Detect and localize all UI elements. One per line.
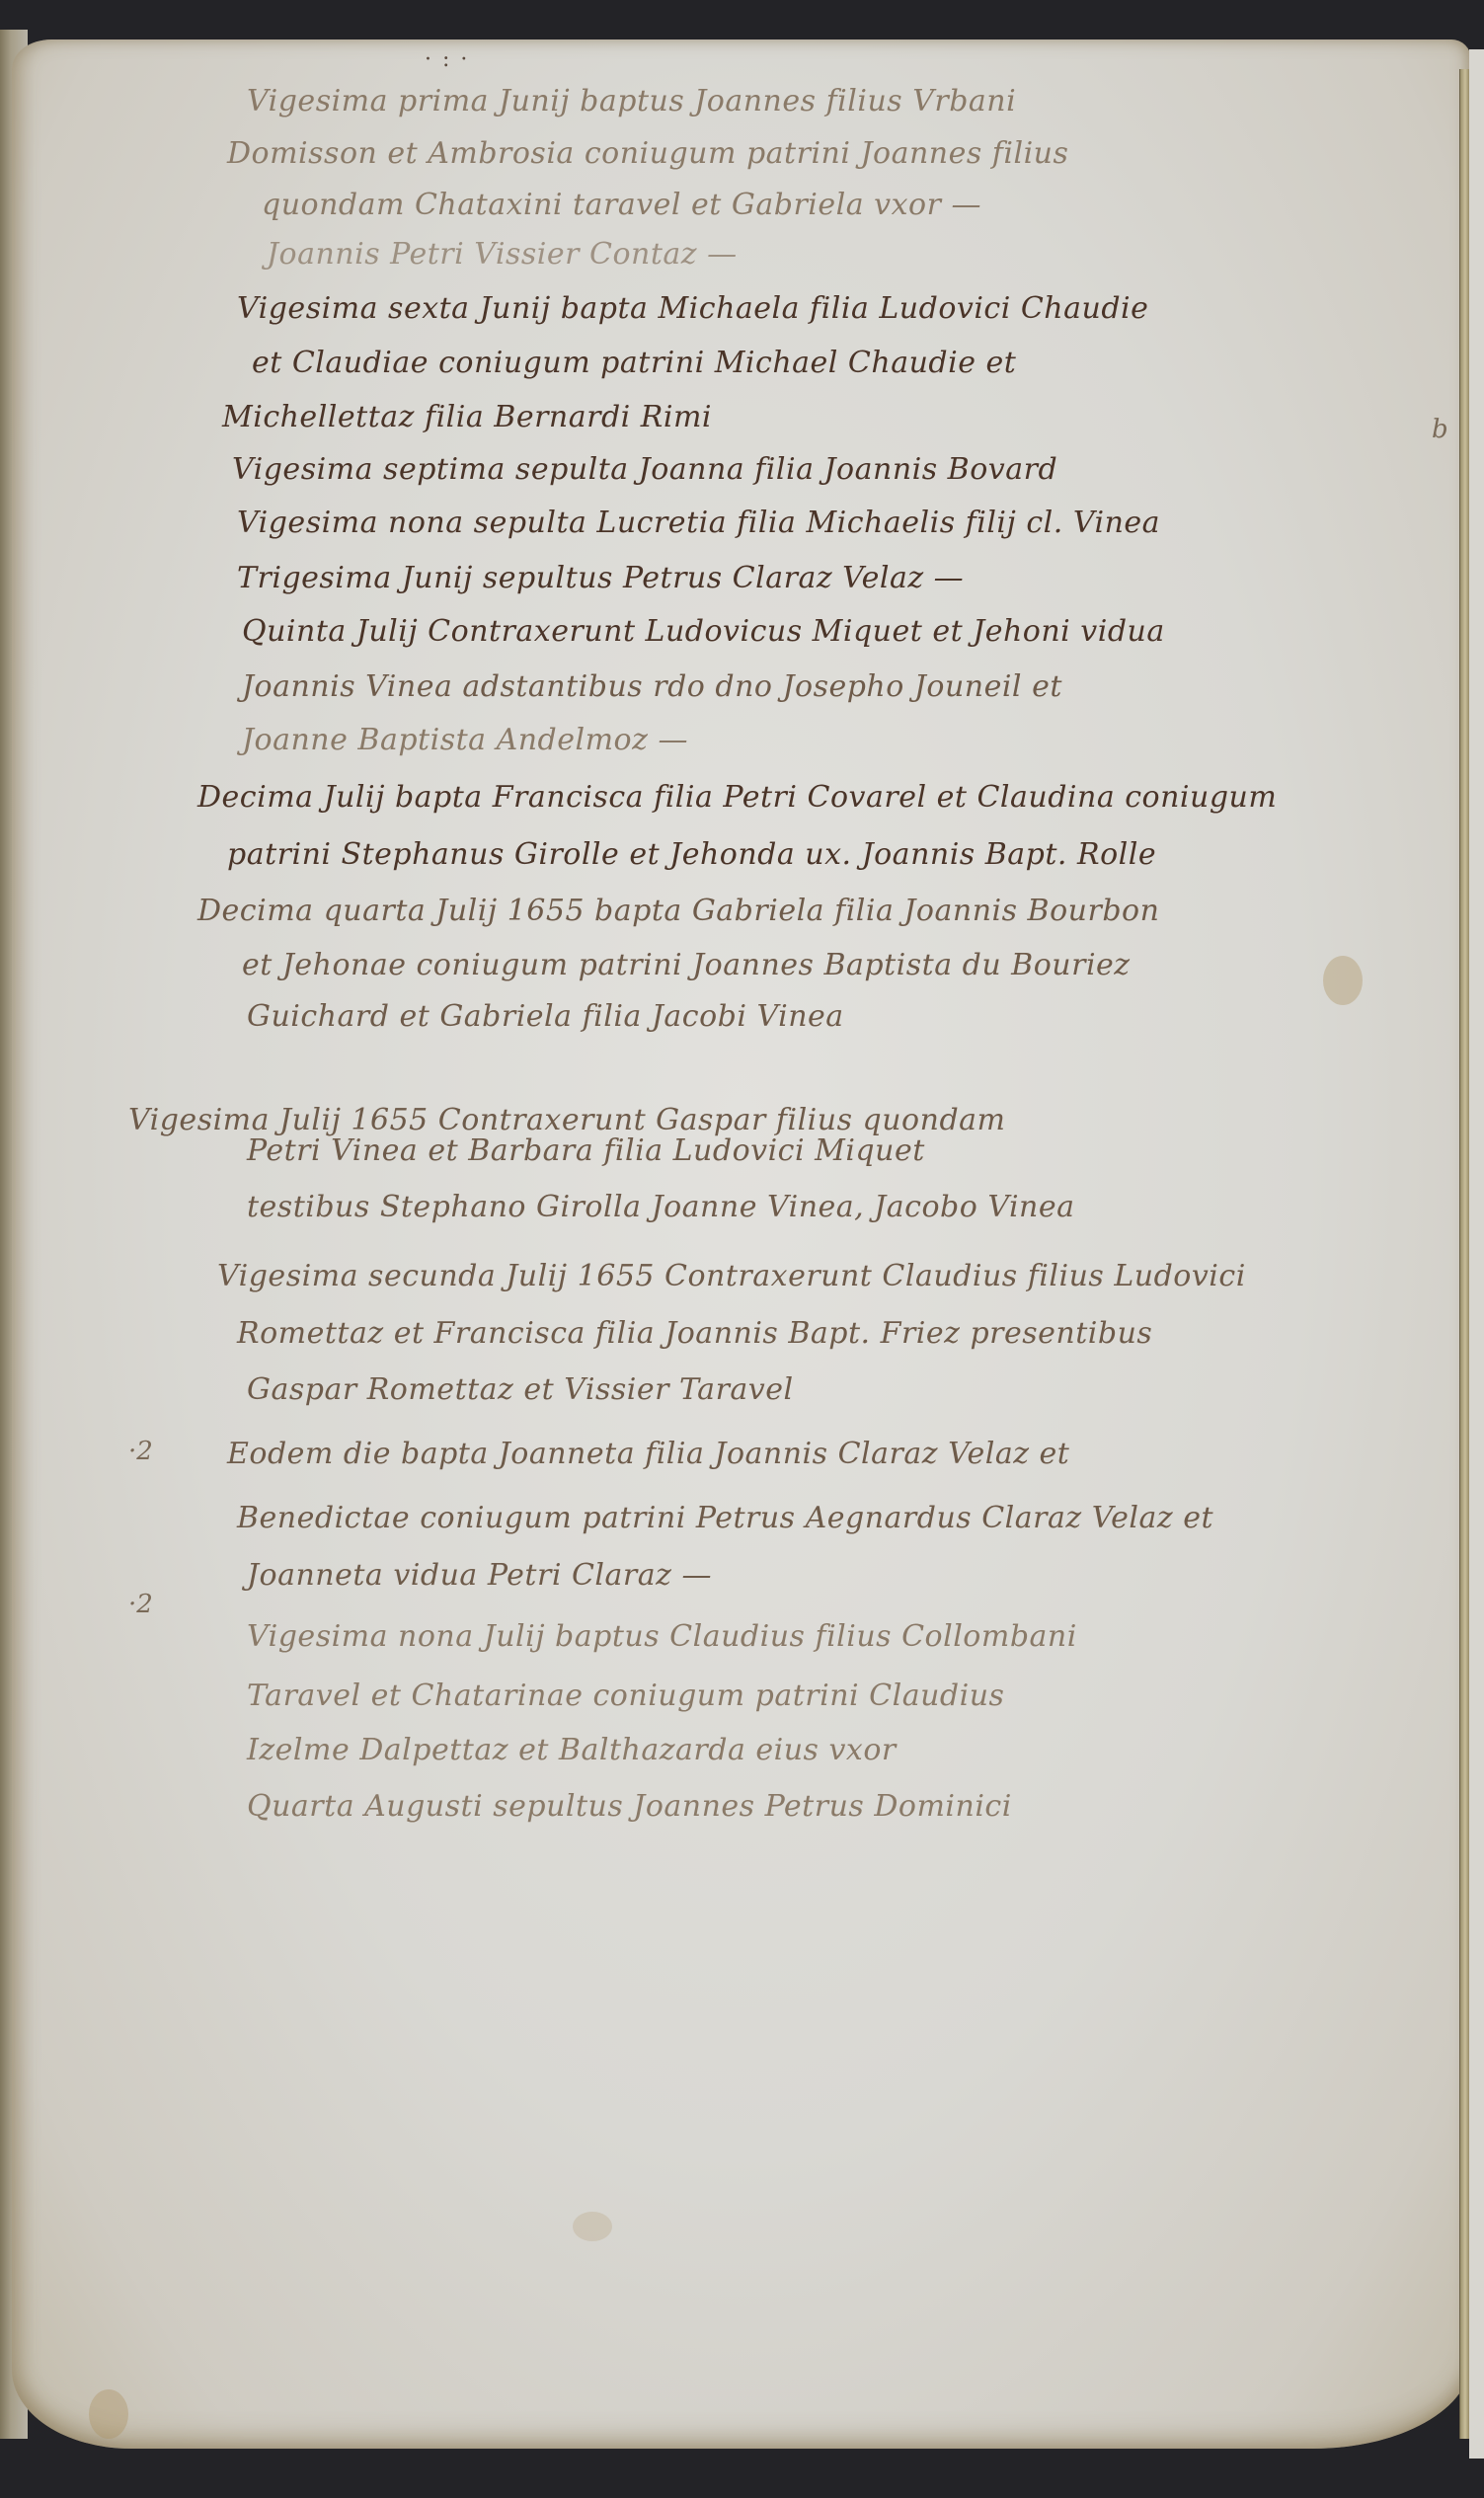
margin-note: ·2 <box>128 1437 153 1466</box>
entry-line: Decima Julij bapta Francisca filia Petri… <box>197 780 1277 815</box>
entry-line: et Claudiae coniugum patrini Michael Cha… <box>252 346 1016 380</box>
entry-line: Michellettaz filia Bernardi Rimi <box>222 400 712 434</box>
entry-line: Joannis Vinea adstantibus rdo dno Joseph… <box>242 669 1062 704</box>
entry-line: Izelme Dalpettaz et Balthazarda eius vxo… <box>247 1733 897 1767</box>
entry-text: Vigesima Julij 1655 Contraxerunt Gaspar … <box>128 1103 1005 1137</box>
entry-line: et Jehonae coniugum patrini Joannes Bapt… <box>242 948 1131 982</box>
entry-line: Vigesima secunda Julij 1655 Contraxerunt… <box>217 1259 1246 1293</box>
entry-line: Taravel et Chatarinae coniugum patrini C… <box>247 1678 1004 1713</box>
entry-line: Vigesima sexta Junij bapta Michaela fili… <box>237 291 1148 326</box>
paper-stain <box>573 2212 612 2241</box>
entry-line: Decima quarta Julij 1655 bapta Gabriela … <box>197 894 1159 928</box>
entry-line: Quarta Augusti sepultus Joannes Petrus D… <box>247 1789 1012 1824</box>
entry-line: Guichard et Gabriela filia Jacobi Vinea <box>247 999 844 1034</box>
entry-line: Vigesima nona sepulta Lucretia filia Mic… <box>237 506 1160 540</box>
entry-line: Quinta Julij Contraxerunt Ludovicus Miqu… <box>242 614 1165 649</box>
margin-note: ·2 <box>128 1590 153 1619</box>
entry-line: Petri Vinea et Barbara filia Ludovici Mi… <box>247 1133 925 1168</box>
facing-page-edge <box>1469 49 1484 2459</box>
entry-line: Joanneta vidua Petri Claraz — <box>247 1558 712 1593</box>
entry-line: Joanne Baptista Andelmoz — <box>242 723 688 757</box>
entry-line: Joannis Petri Vissier Contaz — <box>267 237 738 272</box>
entry-line: patrini Stephanus Girolle et Jehonda ux.… <box>227 837 1156 872</box>
entry-line: Vigesima nona Julij baptus Claudius fili… <box>247 1619 1077 1654</box>
entry-line: Benedictae coniugum patrini Petrus Aegna… <box>237 1501 1213 1535</box>
margin-note: b <box>1432 415 1448 444</box>
entry-line: Vigesima prima Junij baptus Joannes fili… <box>247 84 1016 118</box>
entry-line: Domisson et Ambrosia coniugum patrini Jo… <box>227 136 1068 171</box>
ink-stain <box>1323 956 1363 1005</box>
entry-line: testibus Stephano Girolla Joanne Vinea, … <box>247 1190 1075 1224</box>
entry-line: Eodem die bapta Joanneta filia Joannis C… <box>227 1437 1069 1471</box>
paper-stain <box>89 2389 128 2439</box>
entry-line: quondam Chataxini taravel et Gabriela vx… <box>262 188 981 222</box>
entry-line: Gaspar Romettaz et Vissier Taravel <box>247 1372 794 1407</box>
entry-line: Trigesima Junij sepultus Petrus Claraz V… <box>237 561 964 595</box>
entry-line: Vigesima septima sepulta Joanna filia Jo… <box>232 452 1057 487</box>
entry-line: Romettaz et Francisca filia Joannis Bapt… <box>237 1316 1152 1351</box>
page-head-mark: · : · <box>425 47 469 72</box>
